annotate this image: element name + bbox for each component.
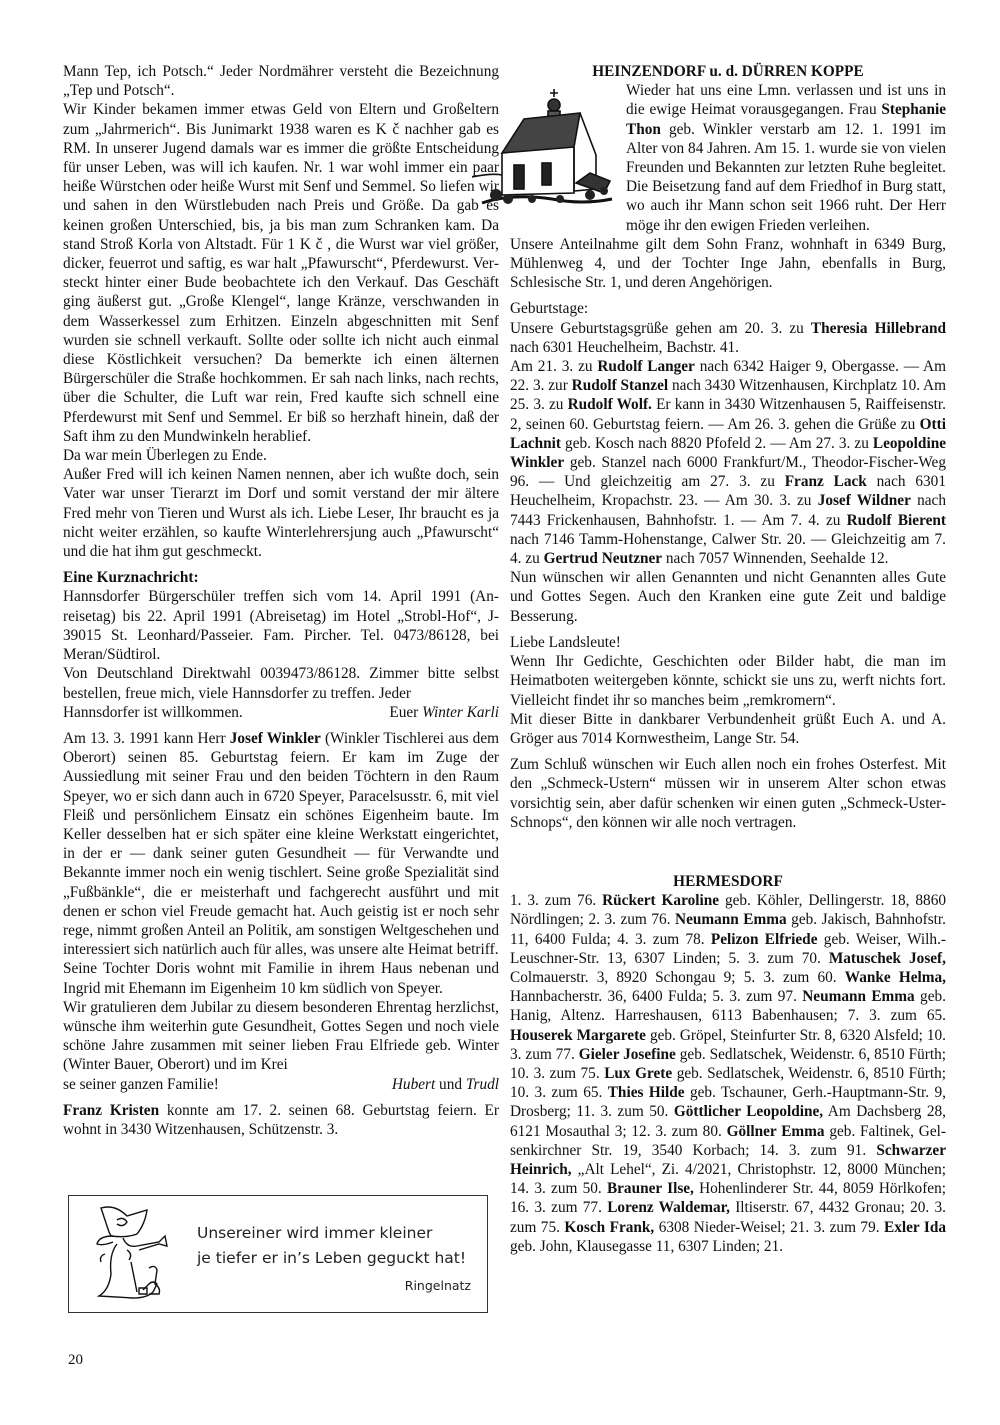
left-column: Mann Tep, ich Potsch.“ Jeder Nordmährer … xyxy=(63,62,499,1139)
person-name: Franz Lack xyxy=(785,473,867,490)
landsleute-text: Wenn Ihr Gedichte, Geschichten oder Bild… xyxy=(510,652,946,710)
person-name: Franz Kristen xyxy=(63,1102,159,1119)
story-paragraph: Wir Kinder bekamen immer etwas Geld von … xyxy=(63,100,499,446)
kurznachricht-heading: Eine Kurznachricht: xyxy=(63,568,499,587)
winkler-paragraph: Am 13. 3. 1991 kann Herr Josef Winkler (… xyxy=(63,729,499,959)
person-name: Neumann Emma xyxy=(802,988,914,1005)
person-name: Lorenz Waldemar, xyxy=(607,1199,730,1216)
birthdays-paragraph: Am 21. 3. zu Rudolf Langer nach 6342 Hai… xyxy=(510,357,946,568)
quote-line: je tiefer er in’s Leben geguckt hat! xyxy=(197,1249,466,1267)
obituary-text: Unsere Anteilnahme gilt dem Sohn Franz, … xyxy=(510,235,946,293)
person-name: Göttlicher Leopoldine, xyxy=(674,1103,823,1120)
winkler-signature-line: se seiner ganzen Familie! Hubert und Tru… xyxy=(63,1075,499,1094)
hermesdorf-birthdays-list: 1. 3. zum 76. Rückert Karoline geb. Köhl… xyxy=(510,891,946,1256)
quote-line: Unsereiner wird immer kleiner xyxy=(197,1224,432,1242)
person-name: Kosch Frank, xyxy=(564,1219,654,1236)
piper-gnome-illustration xyxy=(87,1202,177,1306)
person-name: Gertrud Neutzner xyxy=(544,550,663,567)
wishes-paragraph: Nun wünschen wir allen Genannten und nic… xyxy=(510,568,946,626)
person-name: Josef Wildner xyxy=(818,492,911,509)
person-name: Rudolf Stanzel xyxy=(572,377,668,394)
signature: Euer Winter Karli xyxy=(389,703,499,722)
person-name: Gieler Josefine xyxy=(579,1046,676,1063)
chapel-illustration xyxy=(472,83,620,225)
person-name: Pelizon Elfriede xyxy=(711,931,818,948)
winkler-paragraph: Seine Tochter Doris wohnt mit Familie in… xyxy=(63,959,499,997)
section-heading-hermesdorf: HERMESDORF xyxy=(510,872,946,891)
landsleute-text: Mit dieser Bitte in dankbarer Verbundenh… xyxy=(510,710,946,748)
kurznachricht-text: Von Deutschland Direktwahl 0039473/86128… xyxy=(63,664,499,702)
person-name: Wanke Helma, xyxy=(845,969,946,986)
person-name: Exler Ida xyxy=(884,1219,946,1236)
story-paragraph: Da war mein Überlegen zu Ende. xyxy=(63,446,499,465)
kristen-paragraph: Franz Kristen konnte am 17. 2. seinen 68… xyxy=(63,1101,499,1139)
signature: Hubert und Trudl xyxy=(392,1075,499,1094)
right-column: HEINZENDORF u. d. DÜRREN KOPPE Wieder ha… xyxy=(510,62,946,1256)
person-name: Theresia Hille­brand xyxy=(811,320,946,337)
person-name: Ma­tuschek Josef, xyxy=(829,950,946,967)
person-name: Neumann Emma xyxy=(675,911,787,928)
person-name: Thies Hilde xyxy=(608,1084,685,1101)
story-paragraph: Mann Tep, ich Potsch.“ Jeder Nordmährer … xyxy=(63,62,499,100)
person-name: Rudolf Bierent xyxy=(847,512,946,529)
quote-author: Ringelnatz xyxy=(405,1278,471,1293)
birthdays-heading: Geburtstage: xyxy=(510,299,946,318)
quote-box: Unsereiner wird immer kleiner je tiefer … xyxy=(68,1195,488,1313)
person-name: Lux Grete xyxy=(604,1065,672,1082)
person-name: Brauner Ilse, xyxy=(607,1180,694,1197)
person-name: Rückert Karoline xyxy=(602,892,719,909)
person-name: Houserek Margarete xyxy=(510,1027,646,1044)
kurznachricht-text: Hannsdorfer Bürgerschüler treffen sich v… xyxy=(63,587,499,664)
section-heading-heinzendorf: HEINZENDORF u. d. DÜRREN KOPPE xyxy=(510,62,946,81)
winkler-paragraph: Wir gratulieren dem Jubilar zu diesem be… xyxy=(63,998,499,1075)
person-name: Leopoldine Winkler xyxy=(510,435,946,471)
kurznachricht-signature-line: Hannsdorfer ist willkommen. Euer Winter … xyxy=(63,703,499,722)
person-name: Rudolf Langer xyxy=(597,358,695,375)
page-number: 20 xyxy=(68,1352,83,1369)
person-name: Schwarzer Heinrich, xyxy=(510,1142,946,1178)
easter-greeting: Zum Schluß wünschen wir Euch allen noch … xyxy=(510,755,946,832)
person-name: Josef Winkler xyxy=(230,730,321,747)
person-name: Göllner Emma xyxy=(727,1123,825,1140)
birthdays-paragraph: Unsere Geburtstagsgrüße gehen am 20. 3. … xyxy=(510,319,946,357)
story-paragraph: Außer Fred will ich keinen Namen nennen,… xyxy=(63,465,499,561)
landsleute-greeting: Liebe Landsleute! xyxy=(510,633,946,652)
person-name: Rudolf Wolf. xyxy=(568,396,652,413)
